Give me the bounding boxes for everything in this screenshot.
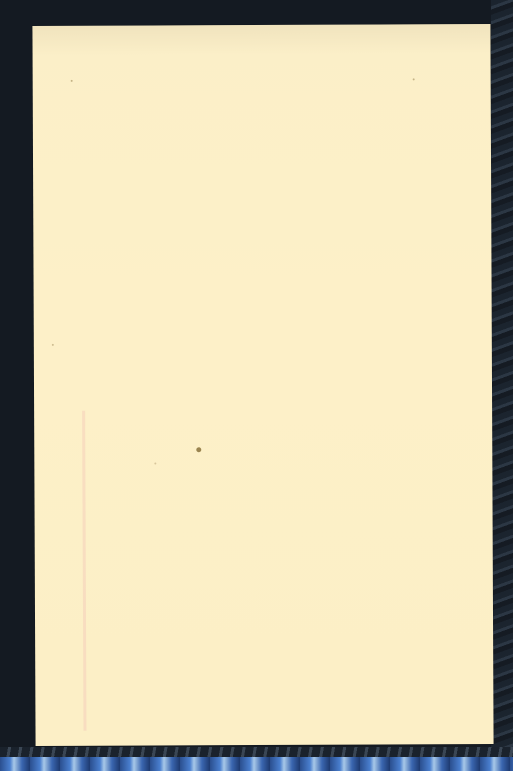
faint-margin-line — [82, 411, 86, 731]
scanner-background — [0, 0, 513, 771]
card-top-shading — [32, 24, 490, 56]
scanner-edge-texture — [491, 0, 513, 771]
speck — [196, 447, 201, 452]
blank-card — [32, 24, 493, 746]
scanner-bottom-edge — [0, 747, 513, 757]
scanner-light-strip — [0, 757, 513, 771]
speck — [71, 80, 73, 82]
speck — [413, 78, 415, 80]
speck — [154, 462, 156, 464]
speck — [52, 344, 54, 346]
